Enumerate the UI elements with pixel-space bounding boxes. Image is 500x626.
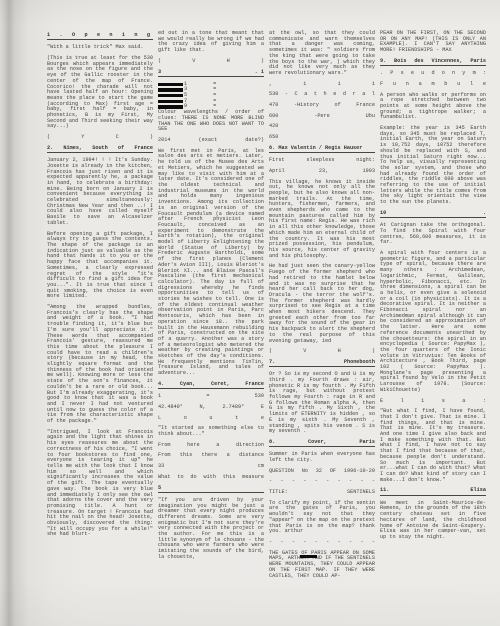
- section-heading-left: 11.: [380, 488, 389, 494]
- text-line: 2014 (exact date?): [158, 138, 264, 144]
- text-column-4: PEAR ON THE FIRST, ON THE SECOND OR ON A…: [380, 31, 486, 584]
- section-heading-right: . i: [255, 70, 264, 76]
- paragraph: at the owl, so that they could communica…: [269, 31, 375, 77]
- text-line: From this there a distance: [158, 453, 264, 459]
- section-heading-right: Phonebooth: [344, 360, 375, 366]
- text-line: ( Y C ): [47, 135, 153, 141]
- paragraph: Summer in Paris when everyone has left t…: [269, 452, 375, 463]
- text-line: 1 = 530: [158, 394, 264, 400]
- text-column-1: 1 . O p e n i n g"With a little trick" M…: [47, 31, 153, 584]
- text-line: April 23, 1993: [269, 169, 375, 175]
- paragraph: "Intrigued, I look at Francois again and…: [47, 430, 153, 538]
- text-line: E l i s a :: [380, 399, 486, 405]
- text-line: ( V H ): [269, 349, 375, 355]
- redaction-bar-icon: [158, 100, 183, 103]
- section-heading-left: 5: [158, 486, 161, 492]
- section-heading-right: .: [483, 211, 486, 217]
- redacted-entry: 7=: [158, 99, 264, 104]
- text-line: L o u t e: [158, 416, 264, 422]
- text-line: 420: [269, 124, 375, 130]
- text-line: 33 cm: [158, 464, 264, 470]
- section-heading: 5: [158, 486, 264, 493]
- text-column-2: ed out in a tone that meant that we woul…: [158, 31, 264, 584]
- section-heading: 11.Elisa: [380, 488, 486, 495]
- paragraph: "But what I find, I have found, that I d…: [380, 409, 486, 483]
- section-heading-left: 10: [380, 211, 386, 217]
- paragraph: (This is true at least for the 530 Bourg…: [47, 56, 153, 130]
- text-line: TITLE: SENTINELS: [269, 490, 375, 496]
- section-heading: 8. Cover, Paris: [269, 440, 375, 447]
- paragraph: A spiral with four centers is a geometri…: [380, 251, 486, 394]
- redaction-bar-icon: [158, 83, 183, 86]
- paragraph: Before opening a gift package, I always …: [47, 232, 153, 300]
- text-line: 530 - C a t h e d r a l: [269, 92, 375, 98]
- text-line: 650: [269, 135, 375, 141]
- section-heading: 2. Nimes, South of France: [47, 146, 153, 153]
- section-heading: 4. Cyan, Ceret, France: [158, 382, 264, 389]
- text-line: 42.4840° N, 2.7489° E: [158, 405, 264, 411]
- section-heading: 3. i: [158, 70, 264, 77]
- scanned-page: 1 . O p e n i n g"With a little trick" M…: [0, 0, 500, 626]
- paragraph: Colour wavelengths / order of clues: THE…: [158, 110, 264, 133]
- paragraph: "If you are driven by your imagination y…: [158, 498, 264, 561]
- redaction-bar-icon: [158, 94, 183, 97]
- text-line: QUESTION No 32 OF 1996-10-20: [269, 469, 375, 475]
- paragraph: ed out in a tone that meant that we woul…: [158, 31, 264, 54]
- text-line: , i i i: [269, 82, 375, 88]
- paragraph: PEAR ON THE FIRST, ON THE SECOND OR ON A…: [380, 31, 486, 54]
- text-column-3: at the owl, so that they could communica…: [269, 31, 375, 584]
- text-line: F u n a m b u l e: [380, 82, 486, 88]
- text-line: First sleepless night:: [269, 158, 375, 164]
- redaction-bar-icon: [158, 88, 183, 91]
- paragraph: Example: the year is 345 Earth days, so …: [380, 126, 486, 206]
- section-heading: 6. Max Valentin / Regis Hauser: [269, 146, 375, 153]
- section-heading: 1 . O p e n i n g: [47, 33, 153, 40]
- paragraph: To clarify my point, if the sentin are t…: [269, 501, 375, 535]
- paragraph: This village, he knows it inside out, he…: [269, 180, 375, 260]
- paragraph: "With a little trick" Max said.: [47, 45, 153, 51]
- paragraph: We first met in Paris, at les salon des …: [158, 149, 264, 377]
- paragraph: January 2, 1994! ! ! It's Sunday. Josett…: [47, 158, 153, 226]
- section-heading-right: Elisa: [470, 488, 486, 494]
- text-line: - - - - - - - - - -: [269, 479, 375, 485]
- paragraph: At Carignan take the orthogonal. To find…: [380, 223, 486, 246]
- text-line: ( V H ): [158, 59, 264, 65]
- section-heading: 9. Bois des Vincennes, Paris: [380, 59, 486, 66]
- section-heading: 10.: [380, 211, 486, 218]
- paragraph: We meet in Saint-Maurice-de-Remens, in t…: [380, 501, 486, 541]
- redaction-mark: [300, 555, 317, 558]
- section-heading-left: 3: [158, 70, 161, 76]
- paragraph: A person who walks or performs on a rope…: [380, 93, 486, 122]
- paragraph: He had just seen the canary-yellow Fuego…: [269, 264, 375, 344]
- redacted-entry: 3=: [158, 88, 264, 93]
- page-columns: 1 . O p e n i n g"With a little trick" M…: [47, 31, 486, 584]
- text-line: What to do with this measure: [158, 475, 264, 481]
- text-line: . P s e u d o n y m :: [380, 71, 486, 77]
- text-line: 470 -History of France: [269, 103, 375, 109]
- paragraph: Or ? So is my second O and U is my third…: [269, 372, 375, 435]
- paragraph: "It started as something else to think a…: [158, 426, 264, 437]
- paragraph: "Among the wrapped bundles, Francois's c…: [47, 305, 153, 425]
- text-line: 600 -Pere Ubu: [269, 114, 375, 120]
- text-line: - - - - - - - - - -: [269, 540, 375, 546]
- redacted-entry: 1=: [158, 82, 264, 87]
- paragraph: THE GATES OF PARIS APPEAR ON SOME MAPS, …: [269, 551, 375, 580]
- text-line: From here a direction: [158, 443, 264, 449]
- section-heading-left: 7.: [269, 360, 275, 366]
- section-heading: 7.Phonebooth: [269, 360, 375, 367]
- redacted-entry: 5=: [158, 93, 264, 98]
